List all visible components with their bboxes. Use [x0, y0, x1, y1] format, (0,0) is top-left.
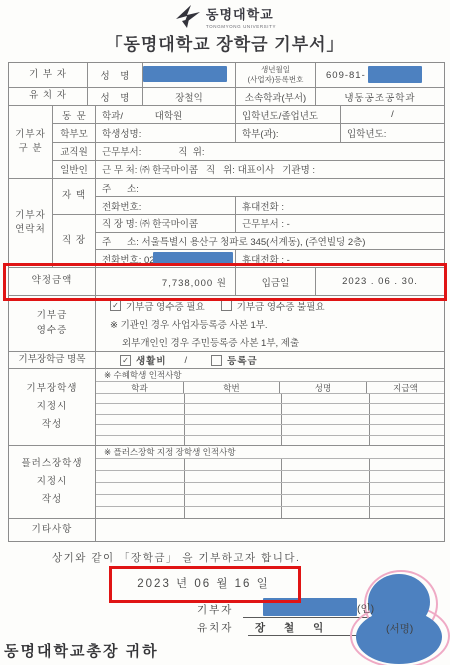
receipt-options-line: 기부금 영수증 필요 기부금 영수증 불필요 [96, 299, 444, 313]
purpose-label: 기부장학금 명목 [9, 352, 96, 368]
donor-signature-label: 기부자 [197, 602, 233, 617]
category-parent-row: 학부모 학생성명: 학부(과): 입학년도: [53, 124, 444, 142]
receipt-need-option: 기부금 영수증 필요 [126, 299, 205, 313]
home-contact-subsection: 자 택 주 소: 전화번호: 휴대전화 : [53, 179, 444, 215]
home-label: 자 택 [53, 179, 96, 214]
plus-empty-row [96, 471, 444, 483]
work-address: 주 소: 서울특별시 용산구 청파로 345(서계동), (주연빌딩 2층) [96, 233, 444, 250]
redaction-work-phone [153, 252, 233, 266]
redaction-donor-signature [263, 598, 357, 616]
recruiter-label: 유 치 자 [9, 88, 88, 105]
purpose-options: 생활비 / 등록금 [96, 352, 444, 368]
plus-empty-row [96, 495, 444, 507]
designated-empty-row [96, 425, 444, 435]
checkbox-checked-icon [120, 355, 131, 366]
etc-label: 기타사항 [9, 519, 96, 541]
plus-student-section: 플러스장학생 지정시 작성 ※ 플러스장학 지정 장학생 인적사항 [9, 446, 444, 519]
designated-empty-row [96, 404, 444, 414]
checkbox-checked-icon [110, 300, 121, 311]
redaction-seal-lower [356, 610, 442, 664]
checkbox-unchecked-icon [211, 355, 222, 366]
etc-value-cell [96, 519, 444, 541]
plus-empty-row [96, 483, 444, 495]
donor-id-label: 생년월일 (사업자)등록번호 [236, 63, 316, 87]
redaction-donor-name [143, 66, 227, 82]
designated-empty-row [96, 436, 444, 445]
category-staff-row: 교직원 근무부서: 직 위: [53, 143, 444, 161]
home-phone: 전화번호: [96, 197, 236, 214]
designated-student-section: 기부장학생 지정시 작성 ※ 수혜학생 인적사항 학과 학번 성명 지급액 [9, 369, 444, 446]
purpose-option-tuition: 등록금 [227, 353, 258, 367]
donor-label: 기 부 자 [9, 63, 88, 87]
work-contact-subsection: 직 장 직 장 명: ㈜ 한국마이콤 근무부서 : - 주 소: 서울특별시 용… [53, 215, 444, 267]
donor-name-label: 성 명 [88, 63, 143, 87]
scanned-donation-form: 동명대학교 TONGMYONG UNIVERSITY 「동명대학교 장학금 기부… [0, 0, 450, 665]
form-title: 「동명대학교 장학금 기부서」 [0, 30, 450, 55]
recruiter-name-label: 성 명 [88, 88, 143, 105]
donor-category-section: 기부자 구 분 동 문 학과/ 대학원 입학년도/졸업년도 / 학부모 학생성명… [9, 106, 444, 179]
recruiter-row: 유 치 자 성 명 장철익 소속학과(부서) 냉동공조공학과 [9, 88, 444, 106]
pledge-amount: 7,738,000 원 [96, 268, 236, 295]
university-name: 동명대학교 [206, 4, 276, 23]
designated-label: 기부장학생 지정시 작성 [9, 369, 96, 445]
addressee: 동명대학교총장 귀하 [4, 640, 159, 661]
recruiter-signature-name: 장 철 익 [255, 620, 331, 635]
plus-empty-row [96, 459, 444, 471]
donation-statement: 상기와 같이 「장학금」 을 기부하고자 합니다. [52, 550, 300, 565]
designated-header-row: 학과 학번 성명 지급액 [96, 382, 444, 394]
work-label: 직 장 [53, 215, 96, 267]
recruiter-dept-label: 소속학과(부서) [236, 88, 316, 105]
university-bird-logo-icon [174, 4, 201, 29]
recruiter-seal-mark: (서명) [386, 621, 413, 636]
receipt-note2: 외부개인인 경우 주민등록증 사본 1부, 제출 [96, 335, 444, 349]
purpose-option-living: 생활비 [136, 353, 167, 367]
donor-seal-mark: (인) [357, 601, 374, 616]
receipt-label: 기부금 영수증 [9, 296, 96, 351]
work-dept: 근무부서 : - [236, 215, 444, 232]
donation-form-table: 기 부 자 성 명 생년월일 (사업자)등록번호 609-81- 유 치 자 성… [8, 62, 445, 542]
designated-empty-row [96, 415, 444, 425]
recruiter-dept-value: 냉동공조공학과 [316, 88, 444, 105]
home-mobile: 휴대전화 : [236, 197, 444, 214]
designated-empty-row [96, 394, 444, 404]
pledge-label: 약정금액 [9, 268, 96, 295]
purpose-separator: / [185, 355, 188, 366]
plus-note: ※ 플러스장학 지정 장학생 인적사항 [96, 446, 444, 459]
donor-category-label: 기부자 구 분 [9, 106, 53, 178]
plus-label: 플러스장학생 지정시 작성 [9, 446, 96, 518]
receipt-not-need-option: 기부금 영수증 불필요 [237, 299, 325, 313]
scholarship-purpose-row: 기부장학금 명목 생활비 / 등록금 [9, 352, 444, 369]
university-name-english: TONGMYONG UNIVERSITY [206, 24, 276, 29]
recruiter-name-value: 장철익 [143, 88, 236, 105]
work-mobile: 휴대전화 : - [236, 250, 444, 267]
receipt-section: 기부금 영수증 기부금 영수증 필요 기부금 영수증 불필요 ※ 기관인 경우 … [9, 296, 444, 352]
recruiter-signature-label: 유치자 [197, 620, 233, 635]
receipt-note1: ※ 기관인 경우 사업자등록증 사본 1부. [96, 317, 444, 331]
redaction-donor-id [368, 66, 422, 83]
pledge-amount-row: 약정금액 7,738,000 원 입금일 2023 . 06 . 30. [9, 268, 444, 296]
deposit-date-value: 2023 . 06 . 30. [316, 268, 444, 295]
donation-date: 2023 년 06 월 16 일 [112, 568, 295, 597]
category-alumni-row: 동 문 학과/ 대학원 입학년도/졸업년도 / [53, 106, 444, 124]
checkbox-unchecked-icon [221, 300, 232, 311]
work-name: 직 장 명: ㈜ 한국마이콤 [96, 215, 236, 232]
plus-empty-row [96, 507, 444, 518]
designated-note: ※ 수혜학생 인적사항 [96, 369, 444, 382]
category-general-row: 일반인 근 무 처: ㈜ 한국마이콤 직 위: 대표이사 기관명 : [53, 161, 444, 178]
donor-contact-label: 기부자 연락처 [9, 179, 53, 267]
home-address: 주 소: [96, 179, 444, 196]
deposit-date-label: 입금일 [236, 268, 316, 295]
etc-row: 기타사항 [9, 519, 444, 541]
